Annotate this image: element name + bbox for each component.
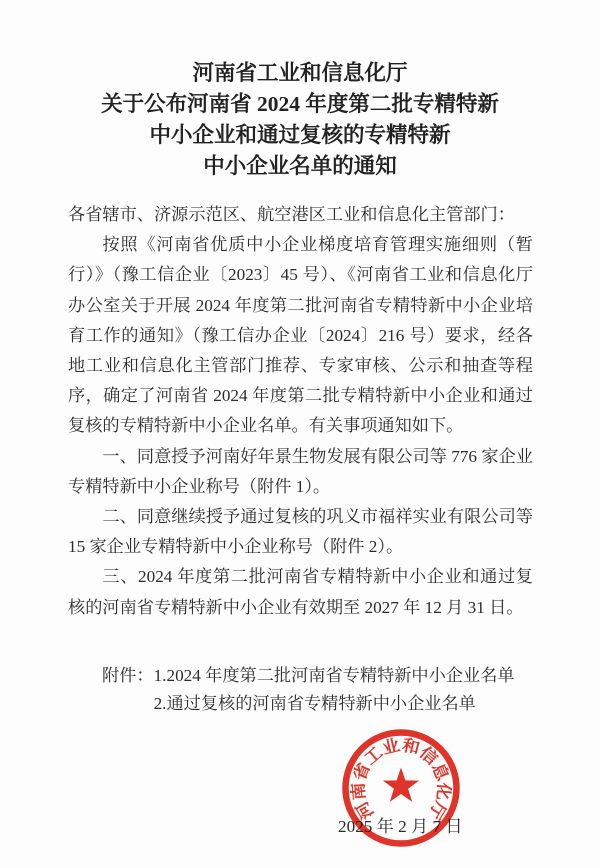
attachment-item-2: 2.通过复核的河南省专精特新中小企业名单 (154, 690, 515, 718)
attachments-label: 附件： (102, 662, 154, 690)
seal-graphic: 河南省工业和信息化厅 (340, 727, 462, 849)
seal-star-icon (383, 768, 419, 802)
paragraph-item-2: 二、同意继续授予通过复核的巩义市福祥实业有限公司等 15 家企业专精特新中小企业… (68, 502, 533, 562)
document-body: 各省辖市、济源示范区、航空港区工业和信息化主管部门： 按照《河南省优质中小企业梯… (0, 200, 600, 623)
title-line-4: 中小企业名单的通知 (0, 151, 600, 182)
salutation: 各省辖市、济源示范区、航空港区工业和信息化主管部门： (68, 200, 533, 230)
attachment-item-1: 1.2024 年度第二批河南省专精特新中小企业名单 (154, 662, 515, 690)
paragraph-item-3: 三、2024 年度第二批河南省专精特新中小企业和通过复核的河南省专精特新中小企业… (68, 562, 533, 622)
document-page: 河南省工业和信息化厅 关于公布河南省 2024 年度第二批专精特新 中小企业和通… (0, 0, 600, 868)
document-title: 河南省工业和信息化厅 关于公布河南省 2024 年度第二批专精特新 中小企业和通… (0, 0, 600, 182)
title-line-3: 中小企业和通过复核的专精特新 (0, 120, 600, 151)
paragraph-basis: 按照《河南省优质中小企业梯度培育管理实施细则（暂行）》（豫工信企业〔2023〕4… (68, 230, 533, 441)
attachments-list: 1.2024 年度第二批河南省专精特新中小企业名单 2.通过复核的河南省专精特新… (154, 662, 515, 718)
attachments-block: 附件： 1.2024 年度第二批河南省专精特新中小企业名单 2.通过复核的河南省… (0, 662, 600, 718)
title-line-issuer: 河南省工业和信息化厅 (0, 58, 600, 89)
official-seal: 河南省工业和信息化厅 (340, 727, 462, 849)
title-line-2: 关于公布河南省 2024 年度第二批专精特新 (0, 89, 600, 120)
paragraph-item-1: 一、同意授予河南好年景生物发展有限公司等 776 家企业专精特新中小企业称号（附… (68, 442, 533, 502)
